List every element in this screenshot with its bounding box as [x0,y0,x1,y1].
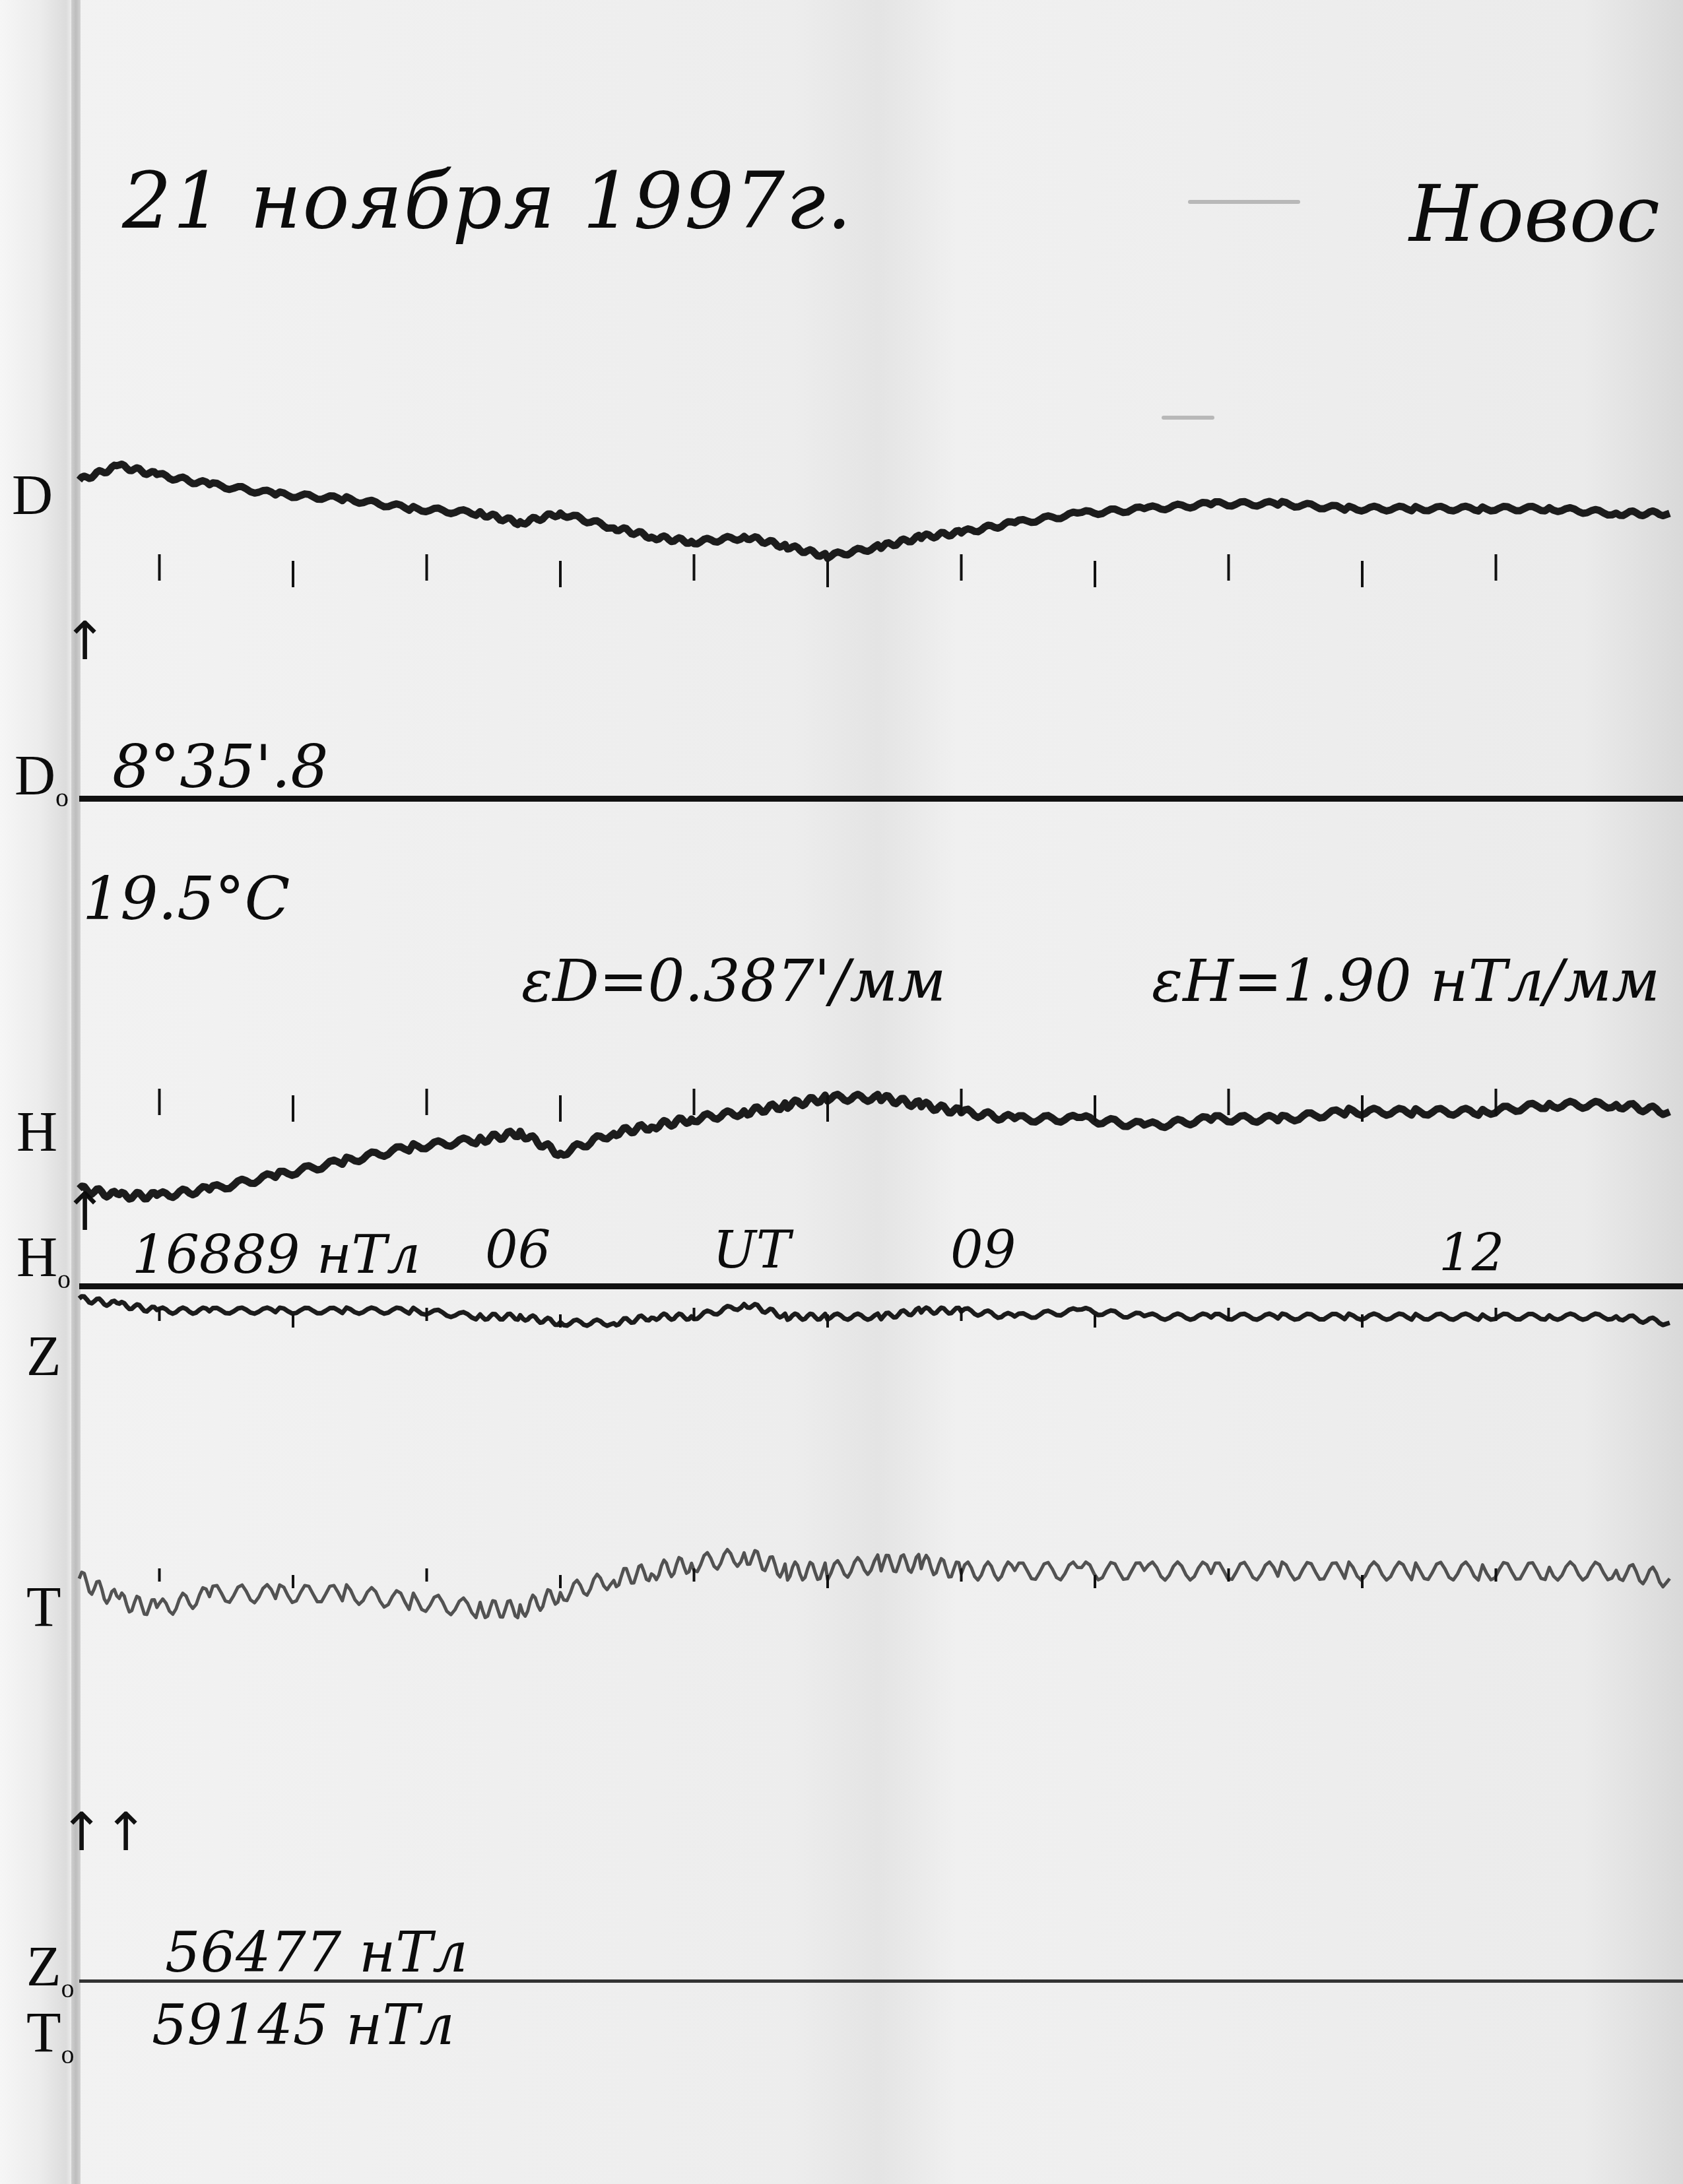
trace-t [79,1550,1670,1618]
trace-d [79,464,1670,558]
trace-z [79,1297,1670,1326]
trace-h [79,1095,1670,1200]
magnetogram-traces [0,0,1683,2184]
